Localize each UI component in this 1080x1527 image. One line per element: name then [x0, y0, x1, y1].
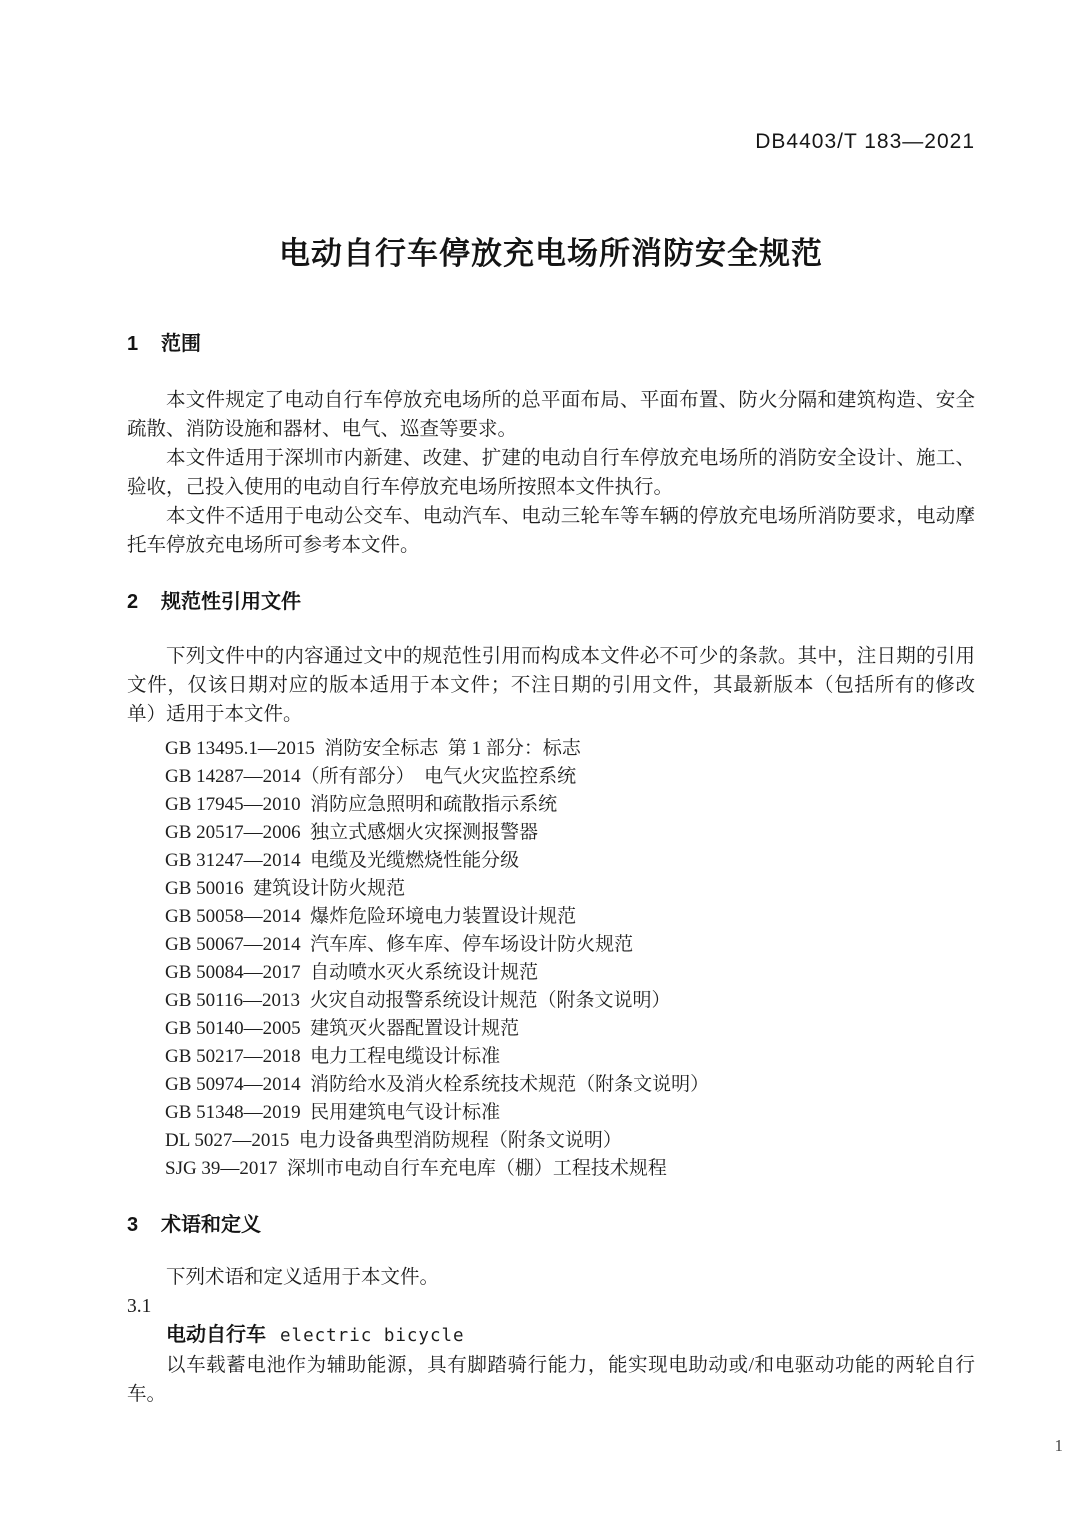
- section-3-heading: 3术语和定义: [127, 1211, 975, 1239]
- paragraph: 本文件不适用于电动公交车、电动汽车、电动三轮车等车辆的停放充电场所消防要求，电动…: [127, 502, 975, 560]
- section-2-number: 2: [127, 588, 161, 616]
- term-zh: 电动自行车: [166, 1324, 266, 1346]
- section-3-number: 3: [127, 1211, 161, 1239]
- reference-item: GB 31247—2014 电缆及光缆燃烧性能分级: [165, 847, 975, 875]
- reference-item: GB 17945—2010 消防应急照明和疏散指示系统: [165, 791, 975, 819]
- term-line: 电动自行车electric bicycle: [127, 1321, 975, 1351]
- section-1-number: 1: [127, 330, 161, 358]
- section-1-body: 本文件规定了电动自行车停放充电场所的总平面布局、平面布置、防火分隔和建筑构造、安…: [127, 386, 975, 560]
- reference-item: GB 14287—2014（所有部分） 电气火灾监控系统: [165, 763, 975, 791]
- page-content: DB4403/T 183—2021 电动自行车停放充电场所消防安全规范 1范围 …: [0, 0, 1080, 1409]
- section-1-label: 范围: [161, 333, 201, 355]
- reference-item: GB 50974—2014 消防给水及消火栓系统技术规范（附条文说明）: [165, 1071, 975, 1099]
- paragraph: 本文件适用于深圳市内新建、改建、扩建的电动自行车停放充电场所的消防安全设计、施工…: [127, 444, 975, 502]
- section-2-heading: 2规范性引用文件: [127, 588, 975, 616]
- document-page: DB4403/T 183—2021 电动自行车停放充电场所消防安全规范 1范围 …: [0, 0, 1080, 1527]
- reference-item: GB 50217—2018 电力工程电缆设计标准: [165, 1043, 975, 1071]
- term-definition: 以车载蓄电池作为辅助能源，具有脚踏骑行能力，能实现电助动或/和电驱动功能的两轮自…: [127, 1351, 975, 1409]
- section-1-heading: 1范围: [127, 330, 975, 358]
- reference-item: GB 50116—2013 火灾自动报警系统设计规范（附条文说明）: [165, 987, 975, 1015]
- reference-item: GB 13495.1—2015 消防安全标志 第 1 部分：标志: [165, 735, 975, 763]
- section-2-label: 规范性引用文件: [161, 591, 301, 613]
- section-2-intro: 下列文件中的内容通过文中的规范性引用而构成本文件必不可少的条款。其中，注日期的引…: [127, 642, 975, 729]
- reference-item: GB 50067—2014 汽车库、修车库、停车场设计防火规范: [165, 931, 975, 959]
- reference-item: GB 51348—2019 民用建筑电气设计标准: [165, 1099, 975, 1127]
- doc-number: DB4403/T 183—2021: [127, 0, 975, 154]
- section-3-label: 术语和定义: [161, 1214, 261, 1236]
- term-en: electric bicycle: [280, 1326, 465, 1346]
- references-list: GB 13495.1—2015 消防安全标志 第 1 部分：标志 GB 1428…: [165, 735, 975, 1183]
- reference-item: SJG 39—2017 深圳市电动自行车充电库（棚）工程技术规程: [165, 1155, 975, 1183]
- reference-item: GB 20517—2006 独立式感烟火灾探测报警器: [165, 819, 975, 847]
- reference-item: GB 50140—2005 建筑灭火器配置设计规范: [165, 1015, 975, 1043]
- reference-item: GB 50084—2017 自动喷水灭火系统设计规范: [165, 959, 975, 987]
- reference-item: GB 50016 建筑设计防火规范: [165, 875, 975, 903]
- page-number: 1: [0, 1435, 1080, 1457]
- reference-item: GB 50058—2014 爆炸危险环境电力装置设计规范: [165, 903, 975, 931]
- paragraph: 本文件规定了电动自行车停放充电场所的总平面布局、平面布置、防火分隔和建筑构造、安…: [127, 386, 975, 444]
- section-3-intro: 下列术语和定义适用于本文件。: [127, 1263, 975, 1292]
- reference-item: DL 5027—2015 电力设备典型消防规程（附条文说明）: [165, 1127, 975, 1155]
- term-number: 3.1: [127, 1292, 975, 1321]
- page-title: 电动自行车停放充电场所消防安全规范: [127, 234, 975, 274]
